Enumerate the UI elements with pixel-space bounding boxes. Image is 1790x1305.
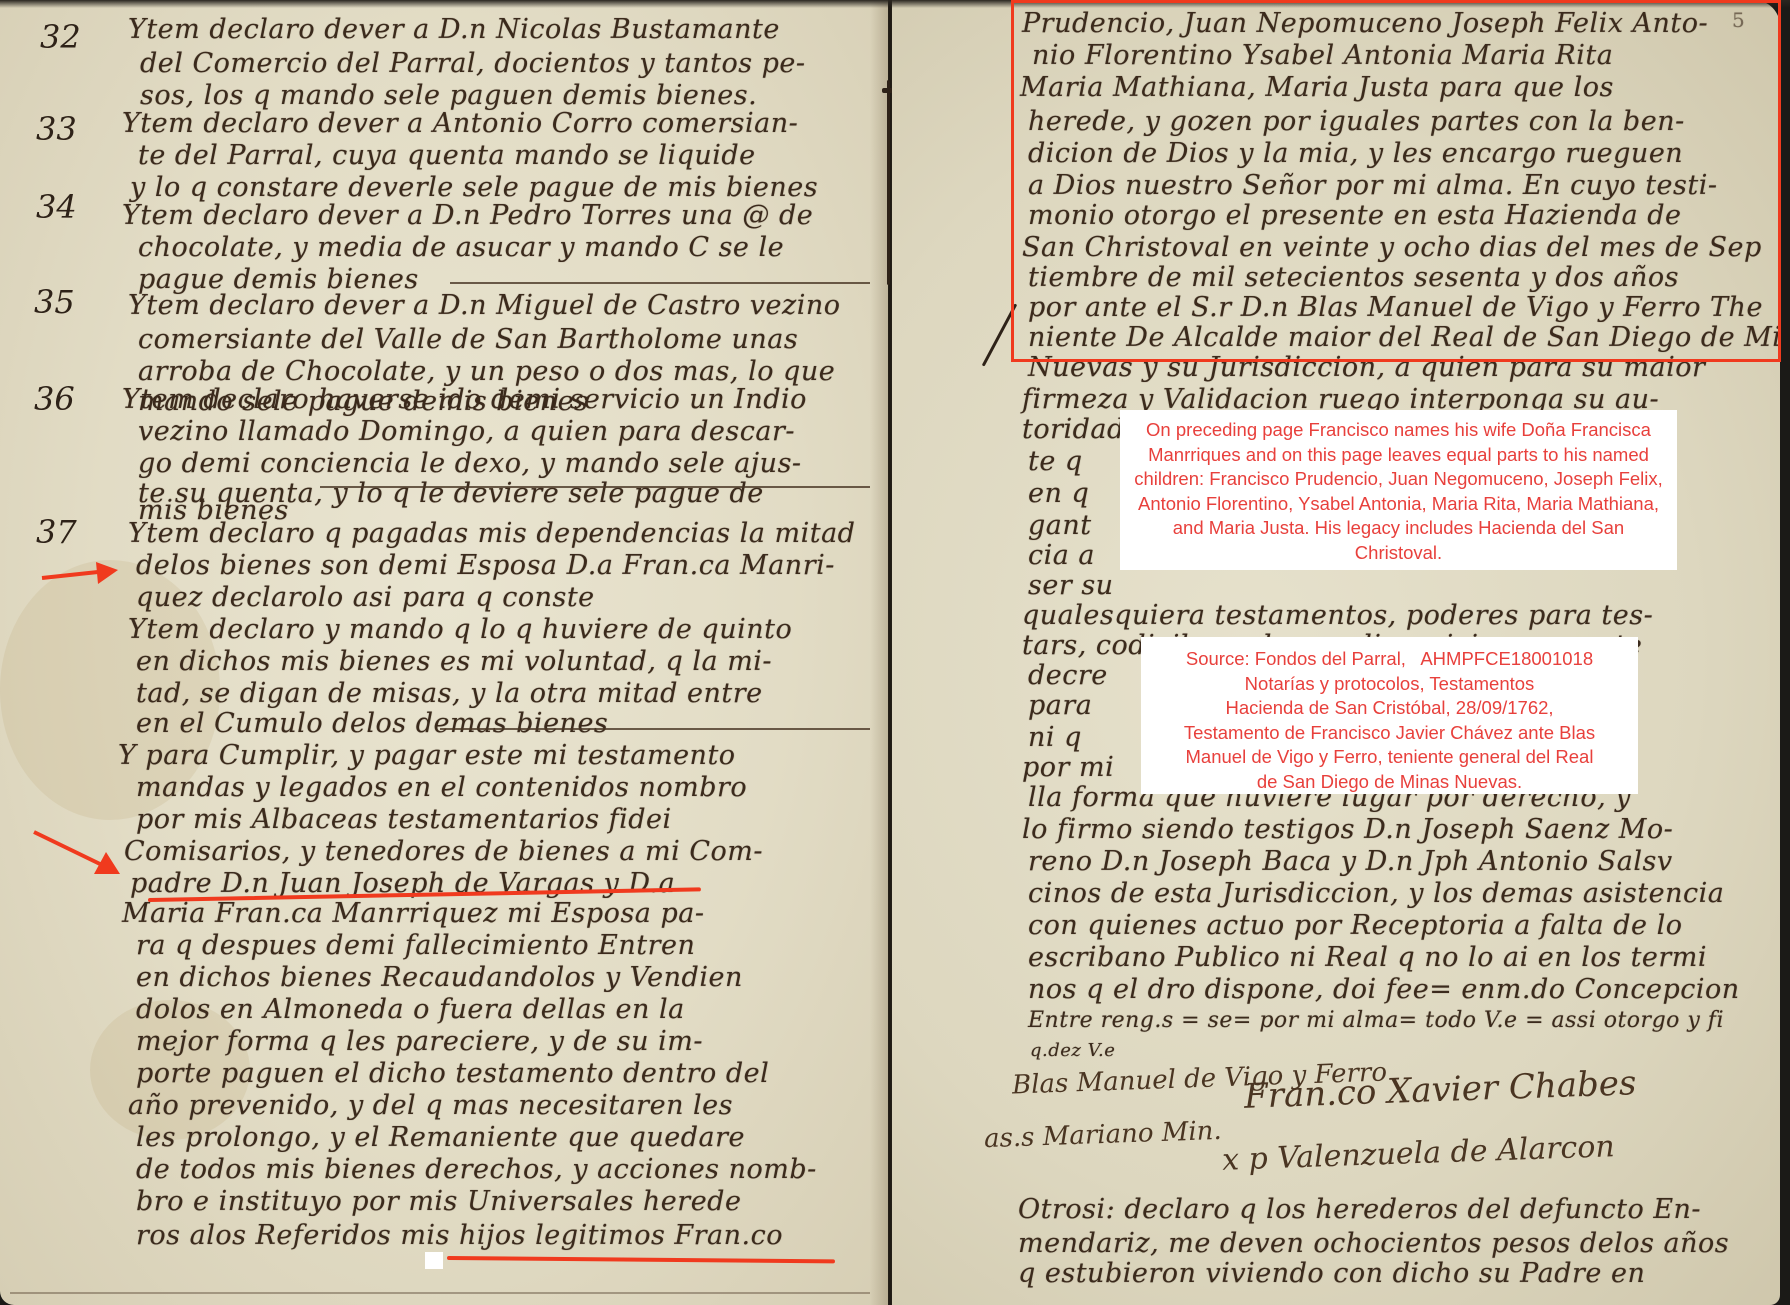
source-line: Hacienda de San Cristóbal, 28/09/1762, [1149, 696, 1630, 721]
manuscript-line: de todos mis bienes derechos, y acciones… [136, 1154, 817, 1185]
source-line: Manuel de Vigo y Ferro, teniente general… [1149, 745, 1630, 770]
manuscript-line: Y para Cumplir, y pagar este mi testamen… [118, 740, 736, 771]
manuscript-line: cia a [1028, 540, 1095, 571]
red-arrow-icon [38, 558, 120, 588]
manuscript-line: sos, los q mando sele paguen demis biene… [140, 80, 757, 111]
manuscript-line: delos bienes son demi Esposa D.a Fran.ca… [136, 550, 835, 581]
entry-number: 37 [36, 513, 77, 551]
manuscript-line: q.dez V.e [1030, 1040, 1115, 1061]
manuscript-line: mendariz, me deven ochocientos pesos del… [1018, 1228, 1729, 1259]
signature-witness: x p Valenzuela de Alarcon [1222, 1129, 1616, 1178]
manuscript-line: Entre reng.s = se= por mi alma= todo V.e… [1028, 1008, 1724, 1033]
entry-number: 34 [36, 188, 77, 226]
manuscript-line: qualesquiera testamentos, poderes para t… [1022, 600, 1653, 631]
source-line: Testamento de Francisco Javier Chávez an… [1149, 721, 1630, 746]
source-line: Notarías y protocolos, Testamentos [1149, 672, 1630, 697]
signature-mariano: as.s Mariano Min. [984, 1116, 1223, 1154]
manuscript-line: q estubieron viviendo con dicho su Padre… [1018, 1258, 1645, 1289]
manuscript-line: go demi conciencia le dexo, y mando sele… [138, 448, 802, 479]
manuscript-line: les prolongo, y el Remaniente que quedar… [136, 1122, 745, 1153]
annotation-note-source: Source: Fondos del Parral, AHMPFCE180010… [1141, 637, 1638, 794]
manuscript-line: por mis Albaceas testamentarios fidei [136, 804, 672, 835]
manuscript-line: lo firmo siendo testigos D.n Joseph Saen… [1022, 814, 1673, 845]
page-edge-line [10, 1292, 870, 1294]
entry-number: 33 [36, 110, 77, 148]
source-line: Source: Fondos del Parral, AHMPFCE180010… [1149, 647, 1630, 672]
manuscript-line: ser su [1028, 570, 1114, 601]
manuscript-line: tad, se digan de misas, y la otra mitad … [136, 678, 763, 709]
manuscript-line-underlined: Maria Fran.ca Manrriquez mi Esposa pa- [122, 898, 704, 929]
manuscript-line: dolos en Almoneda o fuera dellas en la [136, 994, 685, 1025]
manuscript-line: Ytem declaro y mando q lo q huviere de q… [128, 614, 792, 645]
manuscript-line: con quienes actuo por Receptoria a falta… [1028, 910, 1682, 941]
manuscript-line: en dichos bienes Recaudandolos y Vendien [136, 962, 743, 993]
ink-rule [320, 486, 870, 488]
manuscript-line: decre [1028, 660, 1108, 691]
margin-pen-stroke [887, 80, 890, 285]
manuscript-line: te del Parral, cuya quenta mando se liqu… [138, 140, 756, 171]
manuscript-line: escribano Publico ni Real q no lo ai en … [1028, 942, 1707, 973]
manuscript-line: en q [1028, 478, 1089, 509]
manuscript-line-underlined: ros alos Referidos mis hijos legitimos F… [136, 1220, 783, 1251]
manuscript-line: comersiante del Valle de San Bartholome … [138, 324, 798, 355]
manuscript-line: mandas y legados en el contenidos nombro [136, 772, 747, 803]
manuscript-line: Ytem declaro haverse ido demi servicio u… [122, 384, 807, 415]
manuscript-line: reno D.n Joseph Baca y D.n Jph Antonio S… [1028, 846, 1673, 877]
manuscript-line: quez declarolo asi para q conste [136, 582, 595, 613]
manuscript-line: Ytem declaro q pagadas mis dependencias … [128, 518, 855, 549]
manuscript-line: para [1028, 690, 1092, 721]
manuscript-line: por mi [1022, 752, 1114, 783]
manuscript-line: Ytem declaro dever a D.n Pedro Torres un… [122, 200, 813, 231]
ink-rule [450, 282, 870, 284]
manuscript-line: Ytem declaro dever a D.n Miguel de Castr… [128, 290, 841, 321]
ink-rule [440, 728, 870, 730]
manuscript-line: Ytem declaro dever a Antonio Corro comer… [122, 108, 798, 139]
manuscript-line: ra q despues demi fallecimiento Entren [136, 930, 695, 961]
manuscript-line: y lo q constare deverle sele pague de mi… [130, 172, 818, 203]
entry-number: 35 [34, 283, 75, 321]
annotation-note-children: On preceding page Francisco names his wi… [1120, 410, 1677, 570]
manuscript-line: vezino llamado Domingo, a quien para des… [138, 416, 795, 447]
entry-number: 36 [34, 380, 75, 418]
manuscript-line: chocolate, y media de asucar y mando C s… [138, 232, 784, 263]
manuscript-line: cinos de esta Jurisdiccion, y los demas … [1028, 878, 1724, 909]
manuscript-line: gant [1028, 510, 1092, 541]
red-arrow-icon [30, 828, 122, 878]
manuscript-line: arroba de Chocolate, y un peso o dos mas… [138, 356, 835, 387]
manuscript-line: porte paguen el dicho testamento dentro … [136, 1058, 769, 1089]
manuscript-line: Comisarios, y tenedores de bienes a mi C… [124, 836, 763, 867]
manuscript-line: te q [1028, 446, 1083, 477]
manuscript-line: Otrosi: declaro q los herederos del defu… [1018, 1194, 1701, 1225]
manuscript-line: Ytem declaro dever a D.n Nicolas Bustama… [128, 14, 780, 45]
entry-number: 32 [40, 18, 81, 56]
manuscript-line: bro e instituyo por mis Universales here… [136, 1186, 741, 1217]
manuscript-line: nos q el dro dispone, doi fee= enm.do Co… [1028, 974, 1740, 1005]
manuscript-line: ni q [1028, 722, 1082, 753]
manuscript-line: año prevenido, y del q mas necesitaren l… [128, 1090, 733, 1121]
redaction-square [425, 1252, 443, 1269]
left-manuscript-page: 32 33 34 35 36 37 Ytem declaro dever a D… [0, 0, 888, 1305]
manuscript-line: en dichos mis bienes es mi voluntad, q l… [136, 646, 772, 677]
manuscript-line: del Comercio del Parral, docientos y tan… [140, 48, 806, 79]
highlight-box-children-names [1011, 0, 1781, 362]
source-line: de San Diego de Minas Nuevas. [1149, 770, 1630, 795]
manuscript-line: mejor forma q les pareciere, y de su im- [136, 1026, 703, 1057]
manuscript-line: en el Cumulo delos demas bienes [136, 708, 608, 739]
